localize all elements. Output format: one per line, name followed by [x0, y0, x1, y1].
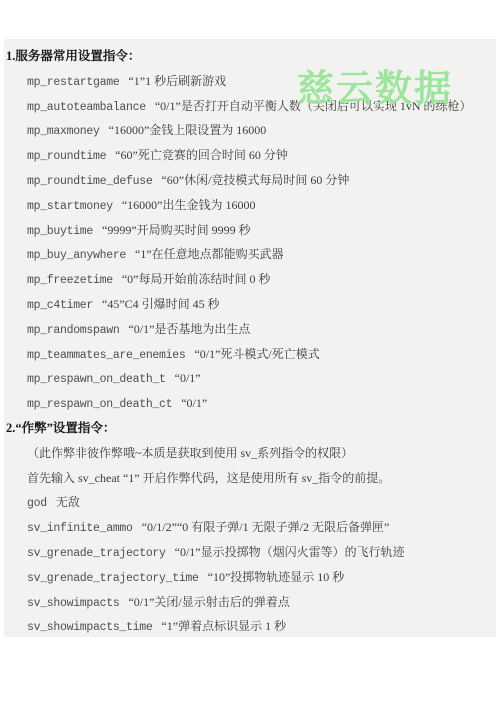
- command-description: “0/1”: [181, 396, 207, 410]
- command-line: mp_respawn_on_death_ct“0/1”: [4, 391, 496, 416]
- command-line: mp_startmoney“16000”出生金钱为 16000: [4, 193, 496, 218]
- command-description: （此作弊非彼作弊哦~本质是获取到使用 sv_系列指令的权限）: [27, 446, 353, 460]
- command-name: mp_startmoney: [27, 200, 113, 213]
- command-description: “1”弹着点标识显示 1 秒: [161, 619, 286, 633]
- command-line: mp_c4timer“45”C4 引爆时间 45 秒: [4, 292, 496, 317]
- section-2: 2.“作弊”设置指令：（此作弊非彼作弊哦~本质是获取到使用 sv_系列指令的权限…: [4, 416, 496, 637]
- command-description: “45”C4 引爆时间 45 秒: [102, 297, 220, 311]
- command-description: “0/1”是否打开自动平衡人数（关闭后可以实现 1vN 的练枪）: [155, 99, 472, 113]
- command-line: mp_roundtime_defuse“60”休闲/竞技模式每局时间 60 分钟: [4, 168, 496, 193]
- document-page: 1.服务器常用设置指令：mp_restartgame“1”1 秒后刷新游戏mp_…: [0, 0, 500, 708]
- command-line: sv_showimpacts_time“1”弹着点标识显示 1 秒: [4, 614, 496, 637]
- command-name: sv_grenade_trajectory_time: [27, 572, 199, 585]
- command-description: “1”在任意地点都能购买武器: [135, 247, 284, 261]
- command-description: “1”1 秒后刷新游戏: [128, 74, 226, 88]
- command-name: sv_showimpacts: [27, 597, 119, 610]
- command-description: “0”每局开始前冻结时间 0 秒: [122, 272, 271, 286]
- command-line: sv_grenade_trajectory_time“10”投掷物轨迹显示 10…: [4, 565, 496, 590]
- command-name: mp_autoteambalance: [27, 101, 146, 114]
- command-description: “0/1”是否基地为出生点: [128, 322, 250, 336]
- command-line: （此作弊非彼作弊哦~本质是获取到使用 sv_系列指令的权限）: [4, 441, 496, 466]
- command-line: mp_roundtime“60”死亡竞赛的回合时间 60 分钟: [4, 143, 496, 168]
- command-name: sv_grenade_trajectory: [27, 547, 166, 560]
- command-description: “0/1”死斗模式/死亡模式: [194, 347, 319, 361]
- command-description: “10”投掷物轨迹显示 10 秒: [208, 570, 345, 584]
- command-description: “0/1”显示投掷物（烟闪火雷等）的飞行轨迹: [175, 545, 405, 559]
- command-name: mp_buytime: [27, 225, 93, 238]
- section-heading: 1.服务器常用设置指令：: [4, 44, 496, 69]
- command-line: mp_randomspawn“0/1”是否基地为出生点: [4, 317, 496, 342]
- command-line: mp_buytime“9999”开局购买时间 9999 秒: [4, 218, 496, 243]
- section-heading: 2.“作弊”设置指令：: [4, 416, 496, 441]
- command-description: “0/1”: [175, 371, 201, 385]
- command-line: 首先输入 sv_cheat “1” 开启作弊代码，这是使用所有 sv_指令的前提…: [4, 466, 496, 491]
- command-name: mp_buy_anywhere: [27, 249, 126, 262]
- command-line: mp_restartgame“1”1 秒后刷新游戏: [4, 69, 496, 94]
- section-1: 1.服务器常用设置指令：mp_restartgame“1”1 秒后刷新游戏mp_…: [4, 44, 496, 416]
- command-line: sv_grenade_trajectory“0/1”显示投掷物（烟闪火雷等）的飞…: [4, 540, 496, 565]
- command-line: mp_autoteambalance“0/1”是否打开自动平衡人数（关闭后可以实…: [4, 94, 496, 119]
- command-name: mp_respawn_on_death_ct: [27, 398, 172, 411]
- content-area: 1.服务器常用设置指令：mp_restartgame“1”1 秒后刷新游戏mp_…: [4, 39, 496, 637]
- command-line: mp_respawn_on_death_t“0/1”: [4, 366, 496, 391]
- command-description: “9999”开局购买时间 9999 秒: [102, 223, 251, 237]
- command-name: god: [27, 497, 47, 510]
- command-description: 无敌: [56, 495, 80, 509]
- command-name: mp_maxmoney: [27, 125, 100, 138]
- command-description: “0/1/2”“0 有限子弹/1 无限子弹/2 无限后备弹匣”: [142, 520, 390, 534]
- command-name: mp_roundtime_defuse: [27, 175, 152, 188]
- command-description: 首先输入 sv_cheat “1” 开启作弊代码，这是使用所有 sv_指令的前提…: [27, 471, 390, 485]
- command-line: mp_maxmoney“16000”金钱上限设置为 16000: [4, 118, 496, 143]
- command-line: mp_teammates_are_enemies“0/1”死斗模式/死亡模式: [4, 342, 496, 367]
- command-line: sv_showimpacts“0/1”关闭/显示射击后的弹着点: [4, 590, 496, 615]
- command-line: mp_freezetime“0”每局开始前冻结时间 0 秒: [4, 267, 496, 292]
- command-name: mp_randomspawn: [27, 324, 119, 337]
- command-name: mp_freezetime: [27, 274, 113, 287]
- command-name: mp_teammates_are_enemies: [27, 349, 185, 362]
- command-name: mp_c4timer: [27, 299, 93, 312]
- command-name: sv_infinite_ammo: [27, 522, 133, 535]
- command-line: sv_infinite_ammo“0/1/2”“0 有限子弹/1 无限子弹/2 …: [4, 515, 496, 540]
- command-description: “60”死亡竞赛的回合时间 60 分钟: [115, 148, 288, 162]
- command-name: mp_restartgame: [27, 76, 119, 89]
- command-name: sv_showimpacts_time: [27, 621, 152, 634]
- command-name: mp_roundtime: [27, 150, 106, 163]
- command-line: god无敌: [4, 490, 496, 515]
- command-description: “16000”出生金钱为 16000: [122, 198, 256, 212]
- command-line: mp_buy_anywhere“1”在任意地点都能购买武器: [4, 242, 496, 267]
- command-description: “60”休闲/竞技模式每局时间 60 分钟: [161, 173, 349, 187]
- command-name: mp_respawn_on_death_t: [27, 373, 166, 386]
- command-description: “0/1”关闭/显示射击后的弹着点: [128, 595, 289, 609]
- command-description: “16000”金钱上限设置为 16000: [109, 123, 267, 137]
